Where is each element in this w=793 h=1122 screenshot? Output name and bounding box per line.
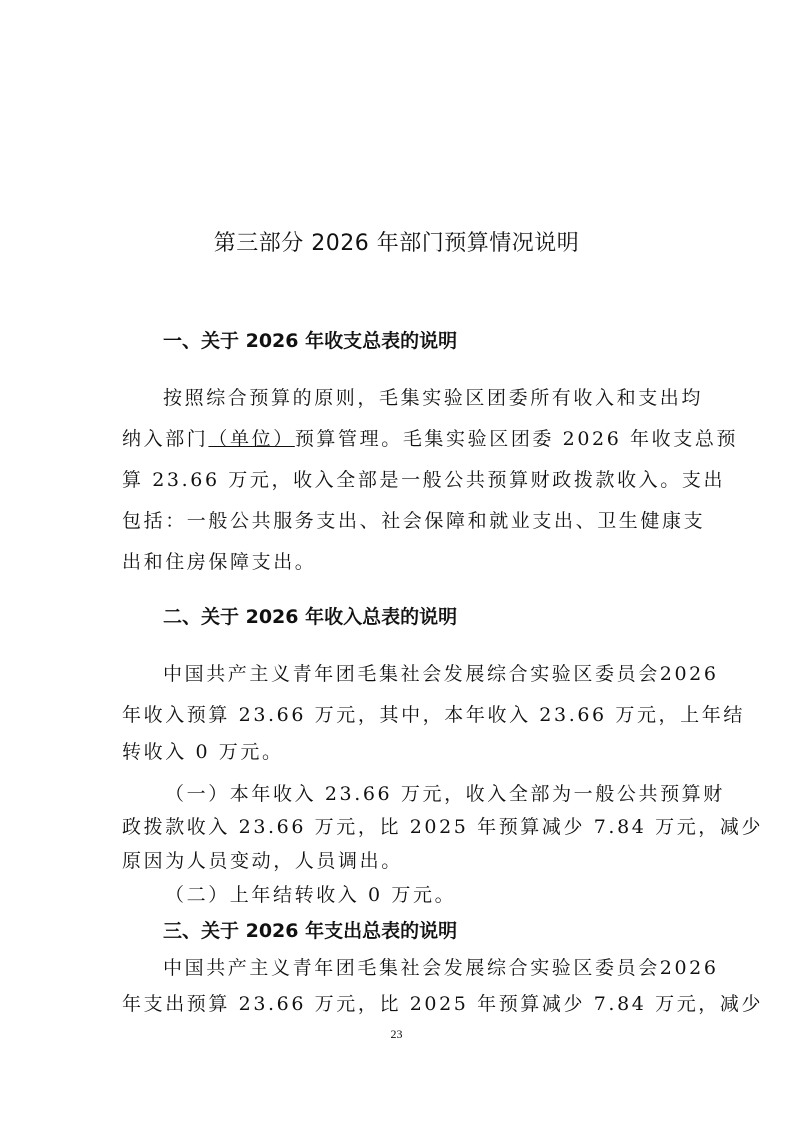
underlined-text: （单位） [208,428,294,450]
paragraph-line: 纳入部门（单位）预算管理。毛集实验区团委 2026 年收支总预 [122,424,702,451]
paragraph-line: 年支出预算 23.66 万元，比 2025 年预算减少 7.84 万元，减少 [122,989,702,1016]
paragraph-line: 中国共产主义青年团毛集社会发展综合实验区委员会2026 [163,953,743,980]
section-heading-2: 二、关于 2026 年收入总表的说明 [163,602,457,629]
text-span: 纳入部门 [122,428,208,450]
paragraph-line: （一）本年收入 23.66 万元，收入全部为一般公共预算财 [165,779,745,806]
paragraph-line: 年收入预算 23.66 万元，其中，本年收入 23.66 万元，上年结 [122,700,702,727]
paragraph-line: （二）上年结转收入 0 万元。 [165,880,745,907]
page-title: 第三部分 2026 年部门预算情况说明 [0,226,793,257]
paragraph-line: 出和住房保障支出。 [122,547,702,574]
paragraph-line: 按照综合预算的原则，毛集实验区团委所有收入和支出均 [163,383,743,410]
paragraph-line: 原因为人员变动，人员调出。 [122,846,702,873]
paragraph-line: 包括：一般公共服务支出、社会保障和就业支出、卫生健康支 [122,506,702,533]
paragraph-line: 中国共产主义青年团毛集社会发展综合实验区委员会2026 [163,659,743,686]
section-heading-3: 三、关于 2026 年支出总表的说明 [163,916,457,943]
section-heading-1: 一、关于 2026 年收支总表的说明 [163,326,457,353]
paragraph-line: 转收入 0 万元。 [122,737,702,764]
paragraph-line: 算 23.66 万元，收入全部是一般公共预算财政拨款收入。支出 [122,465,702,492]
paragraph-line: 政拨款收入 23.66 万元，比 2025 年预算减少 7.84 万元，减少 [122,812,702,839]
page-number: 23 [0,1027,793,1042]
text-span: 预算管理。毛集实验区团委 2026 年收支总预 [295,428,738,450]
